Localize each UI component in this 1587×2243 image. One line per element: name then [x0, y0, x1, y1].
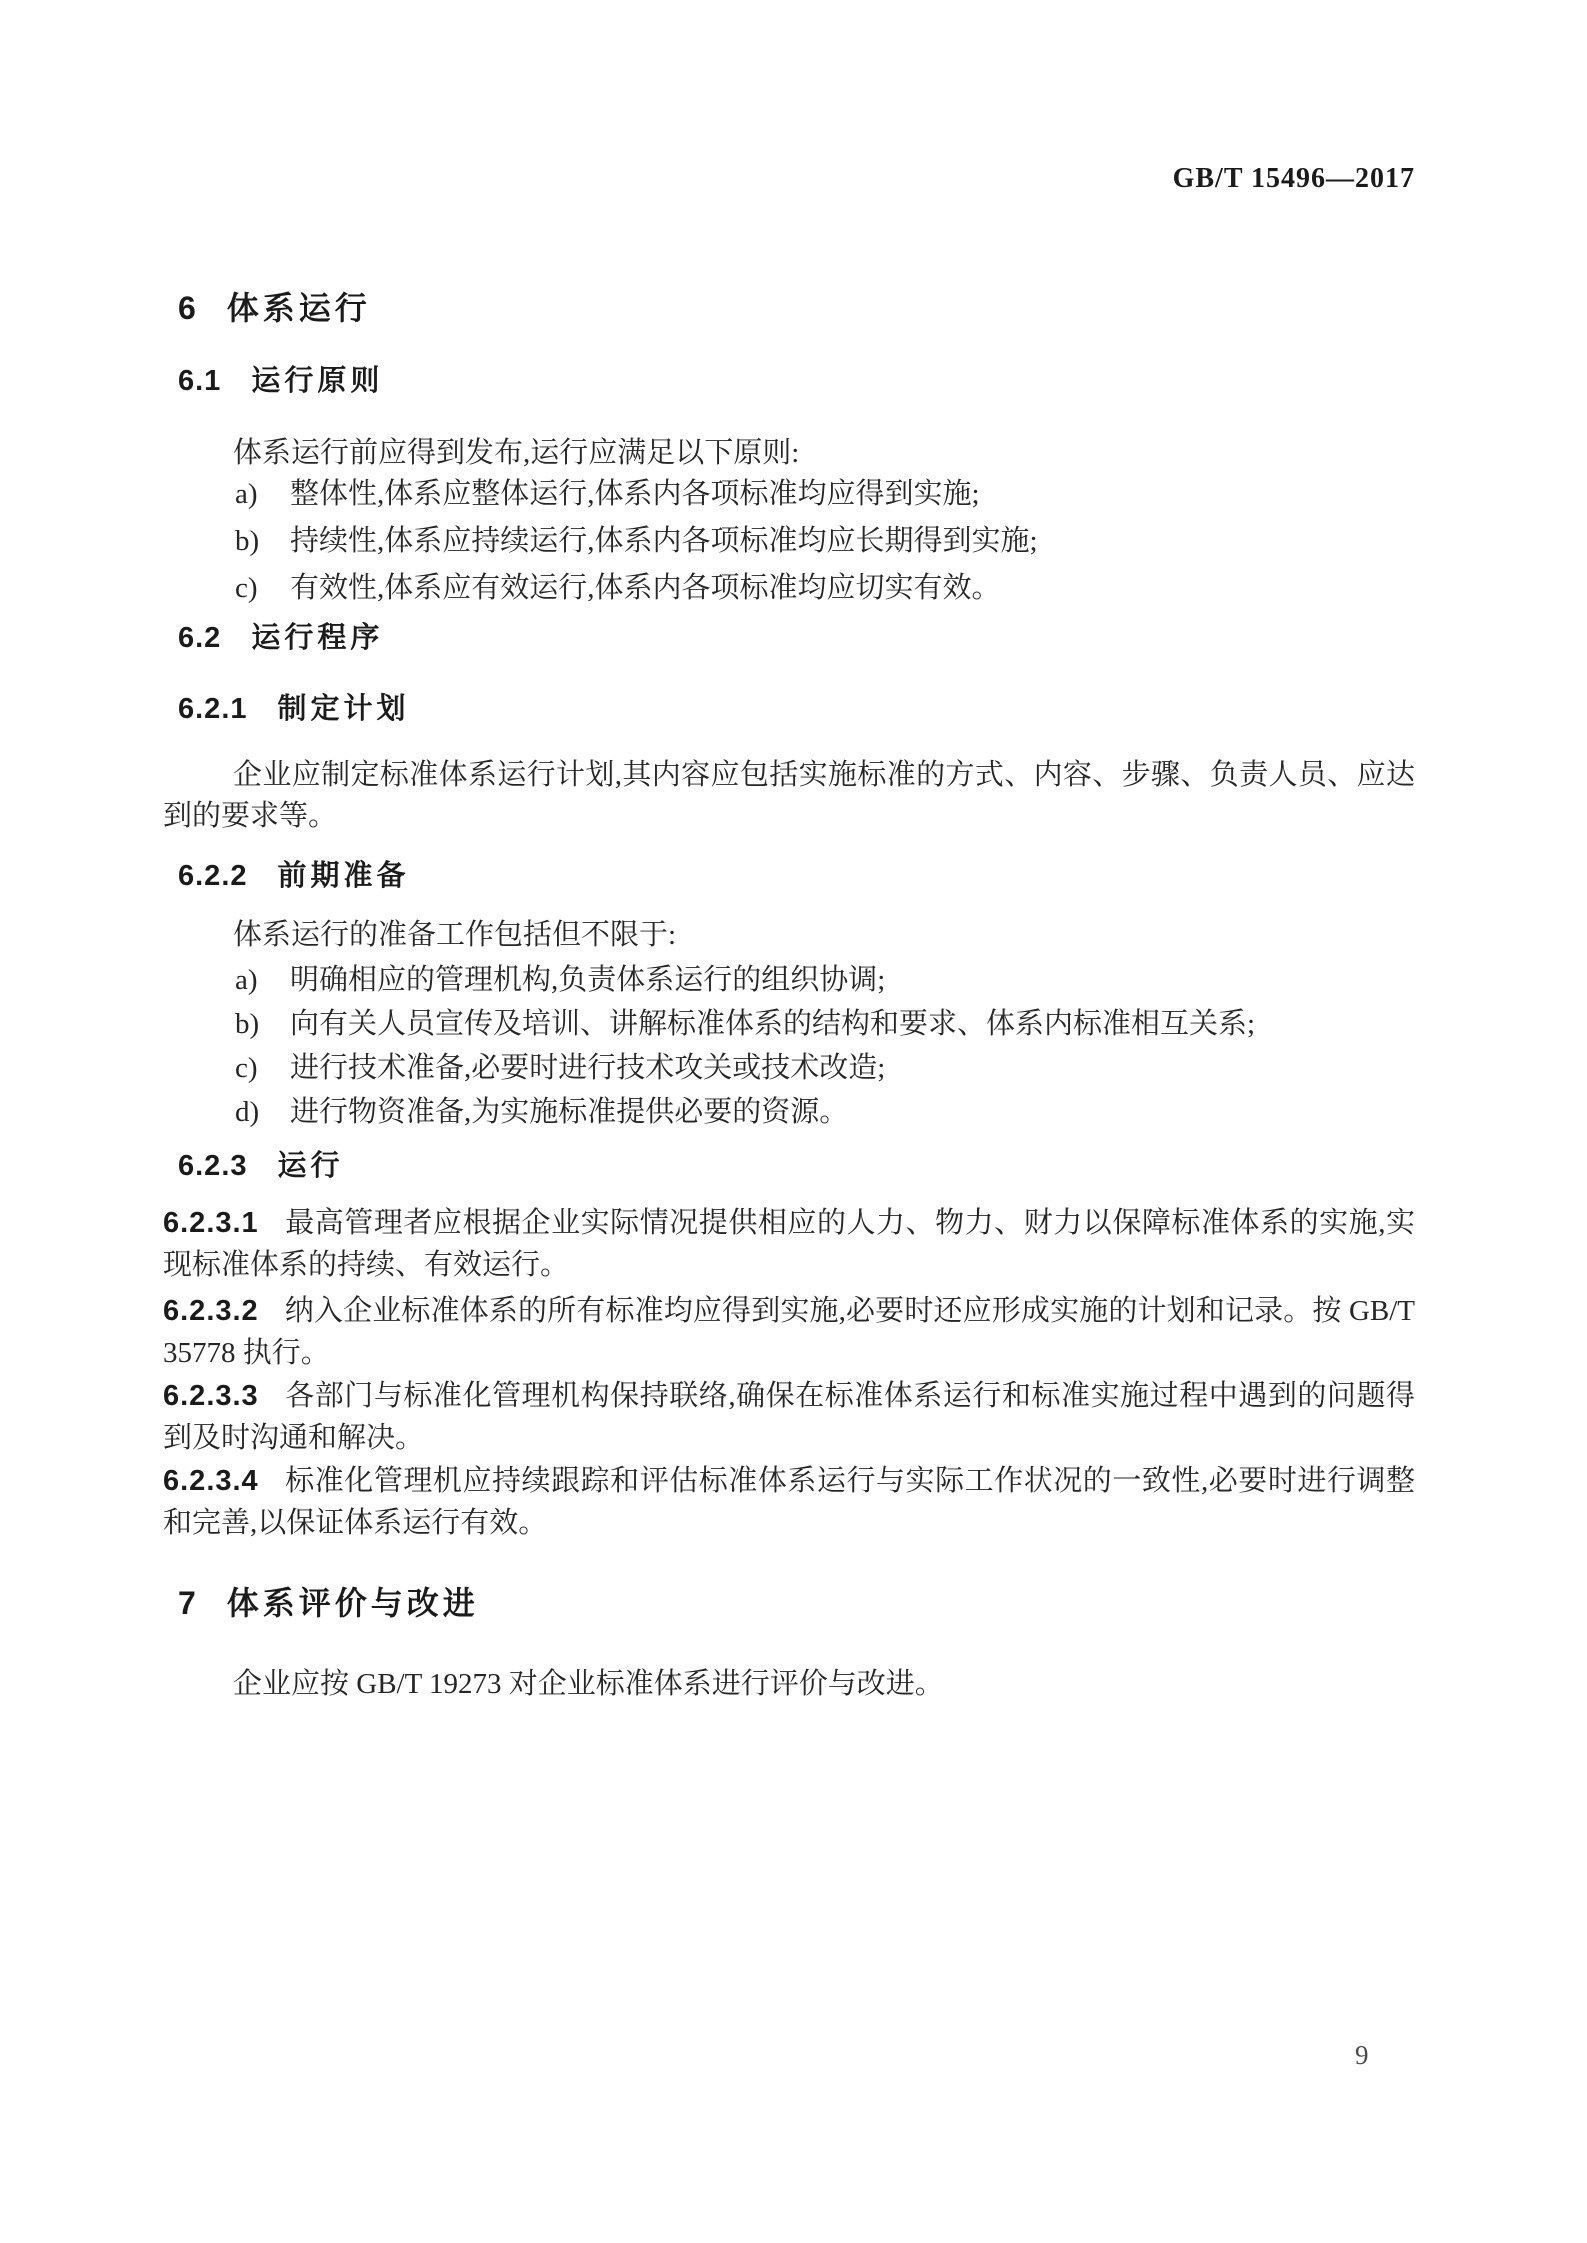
paragraph-text: 体系运行前应得到发布,运行应满足以下原则: [233, 437, 799, 469]
list-item-6-1-b: b) 持续性,体系应持续运行,体系内各项标准均应长期得到实施; [163, 521, 1415, 562]
paragraph-text: 企业应按 GB/T 19273 对企业标准体系进行评价与改进。 [233, 1668, 944, 1700]
section-title: 运行程序 [251, 622, 383, 654]
clause-6-2-3-4: 6.2.3.4标准化管理机应持续跟踪和评估标准体系运行与实际工作状况的一致性,必… [163, 1460, 1415, 1544]
paragraph-7: 企业应按 GB/T 19273 对企业标准体系进行评价与改进。 [163, 1664, 1415, 1705]
list-item-label: b) [235, 521, 259, 562]
section-heading-6: 6体系运行 [163, 283, 1415, 329]
list-item-text: 向有关人员宣传及培训、讲解标准体系的结构和要求、体系内标准相互关系; [290, 1008, 1255, 1040]
clause-6-2-3-1: 6.2.3.1最高管理者应根据企业实际情况提供相应的人力、物力、财力以保障标准体… [163, 1202, 1415, 1286]
section-title: 运行 [278, 1150, 344, 1182]
page-header: GB/T 15496—2017 [163, 163, 1415, 195]
clause-number: 6.2.3.3 [163, 1380, 259, 1412]
paragraph-text: 企业应制定标准体系运行计划,其内容应包括实施标准的方式、内容、步骤、负责人员、应… [163, 759, 1415, 832]
paragraph-6-2-2-intro: 体系运行的准备工作包括但不限于: [163, 915, 1415, 956]
page-content: GB/T 15496—2017 6体系运行 6.1运行原则 体系运行前应得到发布… [163, 0, 1415, 2243]
list-item-text: 整体性,体系应整体运行,体系内各项标准均应得到实施; [290, 478, 980, 510]
section-heading-6-2: 6.2运行程序 [163, 615, 1415, 656]
section-heading-7: 7体系评价与改进 [163, 1578, 1415, 1624]
section-title: 前期准备 [278, 860, 410, 892]
list-item-6-1-c: c) 有效性,体系应有效运行,体系内各项标准均应切实有效。 [163, 568, 1415, 609]
paragraph-6-2-1: 企业应制定标准体系运行计划,其内容应包括实施标准的方式、内容、步骤、负责人员、应… [163, 755, 1415, 837]
section-title: 运行原则 [251, 365, 383, 397]
list-item-label: a) [235, 474, 258, 515]
list-item-6-2-2-a: a) 明确相应的管理机构,负责体系运行的组织协调; [163, 960, 1415, 1001]
section-number: 6.1 [178, 365, 221, 397]
list-item-text: 进行技术准备,必要时进行技术攻关或技术改造; [290, 1052, 885, 1084]
paragraph-6-1-intro: 体系运行前应得到发布,运行应满足以下原则: [163, 433, 1415, 474]
section-title: 体系运行 [227, 290, 371, 326]
list-item-label: b) [235, 1004, 259, 1045]
list-item-label: c) [235, 568, 258, 609]
list-item-text: 进行物资准备,为实施标准提供必要的资源。 [290, 1096, 848, 1128]
section-heading-6-2-2: 6.2.2前期准备 [163, 853, 1415, 894]
section-number: 6.2 [178, 622, 221, 654]
list-item-6-2-2-b: b) 向有关人员宣传及培训、讲解标准体系的结构和要求、体系内标准相互关系; [163, 1004, 1415, 1045]
section-title: 制定计划 [278, 693, 410, 725]
section-number: 6.2.3 [178, 1150, 248, 1182]
clause-number: 6.2.3.4 [163, 1465, 259, 1497]
section-heading-6-2-3: 6.2.3运行 [163, 1143, 1415, 1184]
clause-6-2-3-2: 6.2.3.2纳入企业标准体系的所有标准均应得到实施,必要时还应形成实施的计划和… [163, 1290, 1415, 1374]
list-item-label: c) [235, 1048, 258, 1089]
section-number: 6.2.2 [178, 860, 248, 892]
paragraph-text: 体系运行的准备工作包括但不限于: [233, 919, 676, 951]
clause-text: 标准化管理机应持续跟踪和评估标准体系运行与实际工作状况的一致性,必要时进行调整和… [163, 1465, 1415, 1539]
section-number: 6.2.1 [178, 693, 248, 725]
list-item-text: 持续性,体系应持续运行,体系内各项标准均应长期得到实施; [290, 525, 1038, 557]
section-heading-6-1: 6.1运行原则 [163, 358, 1415, 399]
clause-text: 纳入企业标准体系的所有标准均应得到实施,必要时还应形成实施的计划和记录。按 GB… [163, 1295, 1415, 1369]
list-item-label: a) [235, 960, 258, 1001]
clause-number: 6.2.3.2 [163, 1295, 259, 1327]
clause-number: 6.2.3.1 [163, 1207, 259, 1239]
list-item-6-2-2-d: d) 进行物资准备,为实施标准提供必要的资源。 [163, 1092, 1415, 1133]
clause-text: 各部门与标准化管理机构保持联络,确保在标准体系运行和标准实施过程中遇到的问题得到… [163, 1380, 1415, 1454]
document-page: GB/T 15496—2017 6体系运行 6.1运行原则 体系运行前应得到发布… [0, 0, 1587, 2243]
section-number: 7 [178, 1585, 197, 1621]
section-heading-6-2-1: 6.2.1制定计划 [163, 686, 1415, 727]
clause-text: 最高管理者应根据企业实际情况提供相应的人力、物力、财力以保障标准体系的实施,实现… [163, 1207, 1415, 1281]
list-item-label: d) [235, 1092, 259, 1133]
standard-code: GB/T 15496—2017 [1173, 163, 1415, 194]
page-number: 9 [1355, 2040, 1369, 2071]
list-item-6-1-a: a) 整体性,体系应整体运行,体系内各项标准均应得到实施; [163, 474, 1415, 515]
list-item-6-2-2-c: c) 进行技术准备,必要时进行技术攻关或技术改造; [163, 1048, 1415, 1089]
clause-6-2-3-3: 6.2.3.3各部门与标准化管理机构保持联络,确保在标准体系运行和标准实施过程中… [163, 1375, 1415, 1459]
list-item-text: 有效性,体系应有效运行,体系内各项标准均应切实有效。 [290, 572, 1001, 604]
section-number: 6 [178, 290, 197, 326]
section-title: 体系评价与改进 [227, 1585, 479, 1621]
list-item-text: 明确相应的管理机构,负责体系运行的组织协调; [290, 964, 885, 996]
